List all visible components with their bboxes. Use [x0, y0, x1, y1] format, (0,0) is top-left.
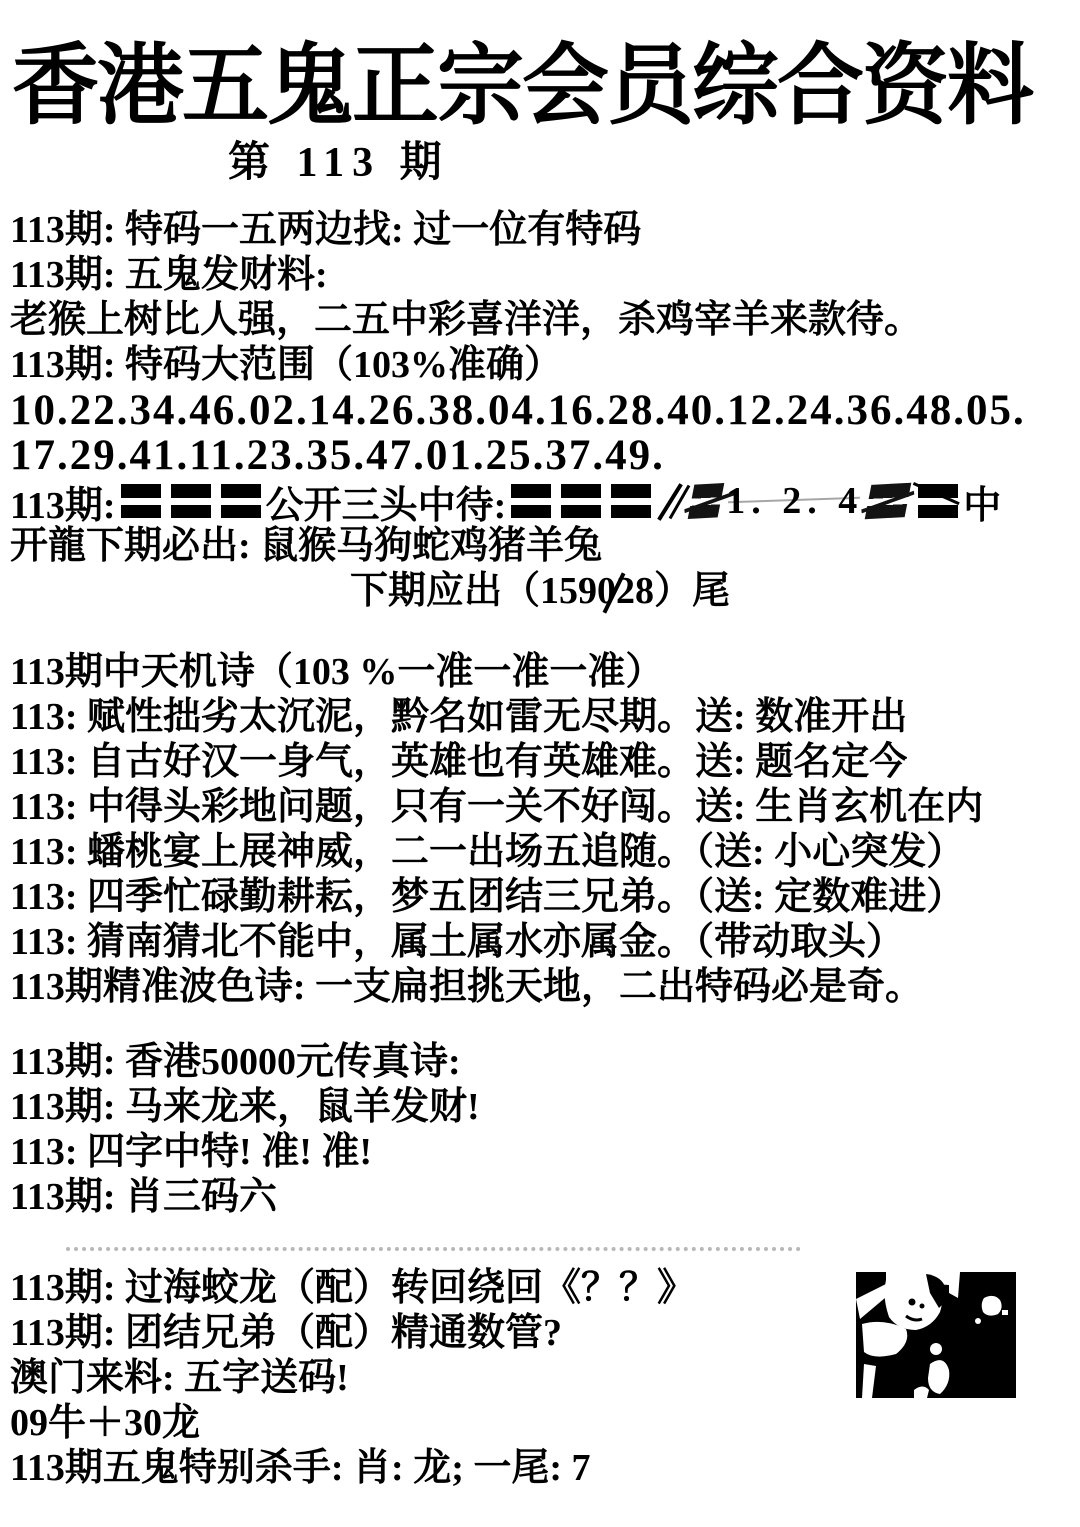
- fax-line-title: 113期: 香港50000元传真诗:: [10, 1040, 1080, 1085]
- page-title: 香港五鬼正宗会员综合资料: [0, 0, 1080, 139]
- obscured-block-icon: [918, 484, 958, 518]
- fax-line-four-char: 113: 四字中特! 准! 准!: [10, 1130, 1080, 1175]
- geta-block-icon: [221, 484, 261, 518]
- portrait-photo: [856, 1272, 1016, 1398]
- number-row-1: 10.22.34.46.02.14.26.38.04.16.28.40.12.2…: [10, 388, 1080, 433]
- santou-suffix: 中: [963, 474, 1001, 529]
- tianji-poem-line: 113: 蟠桃宴上展神威，二一出场五追随。（送: 小心突发）: [10, 830, 1080, 875]
- scribble-mark-icon: [658, 483, 684, 519]
- santou-prefix: 113期:: [10, 474, 116, 529]
- fax-line-verse: 113期: 马来龙来，鼠羊发财!: [10, 1085, 1080, 1130]
- santou-line: 113期: 公开三头中待: 1. 2. 4 中: [10, 478, 1080, 524]
- geta-block-icon: [171, 484, 211, 518]
- geta-block-icon: [121, 484, 161, 518]
- geta-block-icon: [511, 484, 551, 518]
- tianji-poem-line: 113: 赋性拙劣太沉泥，黔名如雷无尽期。送: 数准开出: [10, 695, 1080, 740]
- line-next-tail: 下期应出（159028）尾: [10, 569, 1080, 614]
- scanned-sheet: 香港五鬼正宗会员综合资料 第 113 期 113期: 特码一五两边找: 过一位有…: [0, 0, 1080, 1527]
- next-tail-text: 下期应出（159028）尾: [350, 570, 730, 612]
- line-bose-poem: 113期精准波色诗: 一支扁担挑天地，二出特码必是奇。: [10, 965, 1080, 1010]
- line-special-code-clue: 113期: 特码一五两边找: 过一位有特码: [10, 208, 1080, 253]
- spacer: [10, 614, 1080, 650]
- obscured-block-icon: [688, 483, 725, 519]
- tianji-poem-line: 113: 中得头彩地问题，只有一关不好闯。送: 生肖玄机在内: [10, 785, 1080, 830]
- obscured-block-icon: [865, 483, 912, 519]
- line-wugui-fortune-title: 113期: 五鬼发财料:: [10, 253, 1080, 298]
- santou-obscured-numbers: 1. 2. 4: [726, 479, 863, 523]
- spacer: [10, 1010, 1080, 1040]
- fax-line-xiao: 113期: 肖三码六: [10, 1175, 1080, 1220]
- geta-block-icon: [561, 484, 601, 518]
- santou-label: 公开三头中待:: [266, 474, 507, 529]
- tianji-poem-line: 113: 猜南猜北不能中，属土属水亦属金。（带动取头）: [10, 920, 1080, 965]
- line-zodiac-pair: 09牛＋30龙: [10, 1401, 1080, 1446]
- portrait-photo-image: [856, 1272, 1016, 1398]
- line-special-killer: 113期五鬼特别杀手: 肖: 龙; 一尾: 7: [10, 1446, 1080, 1491]
- line-big-range-title: 113期: 特码大范围（103%准确）: [10, 343, 1080, 388]
- tianji-poem-line: 113: 自古好汉一身气，英雄也有英雄难。送: 题名定今: [10, 740, 1080, 785]
- dotted-separator: [66, 1247, 801, 1251]
- tianji-poem-line: 113: 四季忙碌勤耕耘，梦五团结三兄弟。（送: 定数难进）: [10, 875, 1080, 920]
- line-zodiac-must-out: 开龍下期必出: 鼠猴马狗蛇鸡猪羊兔: [10, 524, 1080, 569]
- issue-number: 第 113 期: [228, 138, 1080, 188]
- tianji-heading: 113期中天机诗（103 %一准一准一准）: [10, 650, 1080, 695]
- number-row-2: 17.29.41.11.23.35.47.01.25.37.49.: [10, 433, 1080, 478]
- geta-block-icon: [611, 484, 651, 518]
- line-wugui-fortune-verse: 老猴上树比人强，二五中彩喜洋洋，杀鸡宰羊来款待。: [10, 298, 1080, 343]
